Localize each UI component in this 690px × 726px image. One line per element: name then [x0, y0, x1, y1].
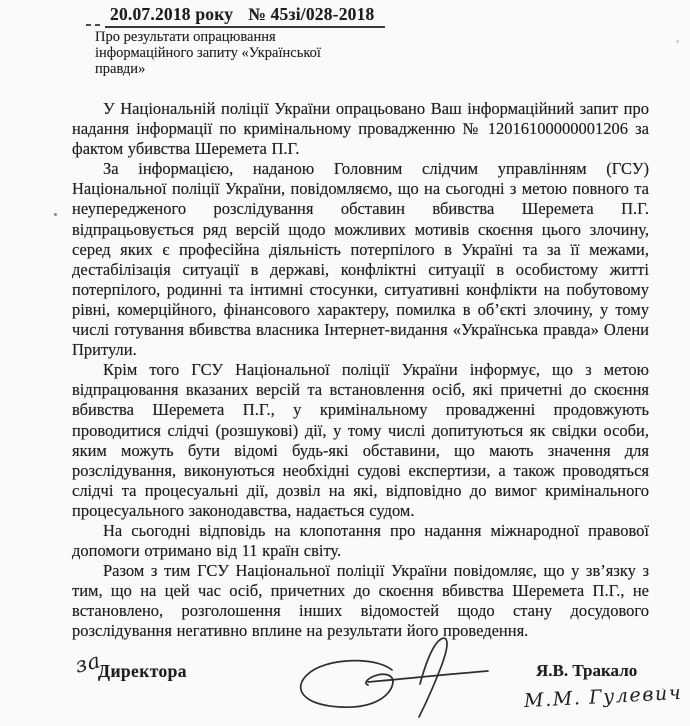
scan-speck [662, 688, 664, 690]
scan-speck [676, 40, 679, 43]
signer-name: Я.В. Тракало [536, 661, 637, 681]
position-title: Директора [98, 661, 187, 682]
subject-block: Про результати опрацювання інформаційног… [95, 30, 335, 77]
letter-date: 20.07.2018 року [110, 4, 233, 25]
scanned-letter-page: 20.07.2018 року № 45зі/028-2018 Про резу… [0, 0, 690, 726]
date-underline: 20.07.2018 року № 45зі/028-2018 [105, 4, 385, 28]
paragraph-4: На сьогодні відповідь на клопотання про … [72, 521, 649, 561]
scan-speck [54, 213, 57, 216]
paragraph-2: За інформацією, наданою Головним слідчим… [72, 159, 649, 360]
letter-ref-number: № 45зі/028-2018 [248, 4, 374, 25]
signature-scrawl-icon [280, 622, 500, 726]
underline-fragment [86, 24, 103, 26]
paragraph-3: Крім того ГСУ Національної поліції Украї… [72, 360, 649, 521]
letter-body: У Національній поліції України опрацьова… [72, 99, 649, 642]
paragraph-1: У Національній поліції України опрацьова… [72, 99, 649, 159]
date-line: 20.07.2018 року № 45зі/028-2018 [86, 4, 385, 28]
handwritten-signature-name: М.М. Гулевич [524, 682, 683, 712]
